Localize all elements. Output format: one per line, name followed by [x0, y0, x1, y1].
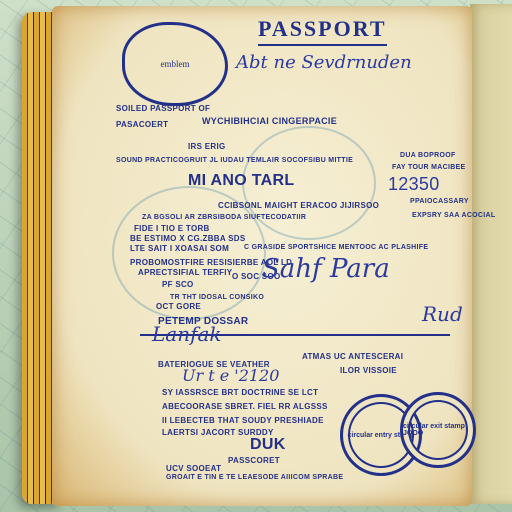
- text-line: II LEBECTEB THAT SOUDY PRESHIADE: [162, 416, 324, 425]
- right-page: [470, 4, 512, 504]
- text-line: PPAIOCASSARY: [410, 198, 469, 205]
- text-line: PASSCORET: [228, 456, 280, 465]
- handwriting: Sahf Para: [262, 254, 390, 284]
- text-line: EXPSRY SAA ACOCIAL: [412, 212, 495, 219]
- text-line: MI ANO TARL: [188, 172, 294, 190]
- text-line: DUA BOPROOF: [400, 152, 456, 159]
- text-line: TR THT IDOSAL CONSIKO: [170, 294, 264, 301]
- handwriting: Ur t e '2120: [182, 366, 279, 385]
- text-line: ZA BGSOLI AR ZBRSIBODA SIUFTECODATIIR: [142, 214, 306, 221]
- text-line: GROAIT E TIN E TE LEAESODE AIIICOM SPRAB…: [166, 474, 343, 481]
- emblem-crest: emblem: [122, 22, 228, 106]
- text-line: PF SCO: [162, 280, 194, 289]
- text-line: FAY TOUR MACIBEE: [392, 164, 466, 171]
- number-stamp: 12350: [388, 174, 440, 195]
- passport-title: PASSPORT: [258, 16, 387, 46]
- text-line: APRECTSIFIAL TERFIY: [138, 268, 232, 277]
- text-line: BE ESTIMO X CG.ZBBA SDS: [130, 234, 246, 243]
- text-line: ILOR VISSOIE: [340, 366, 397, 375]
- text-line: OCT GORE: [156, 302, 201, 311]
- text-line: UCV SOOEAT: [166, 464, 221, 473]
- handwriting: Rud: [422, 302, 463, 326]
- text-line: SOUND PRACTICOGRUIT JL IUDAU TEMLAIR SOC…: [116, 157, 353, 164]
- text-line: CCIBSONL MAIGHT ERACOO JIJIRSOO: [218, 201, 379, 210]
- text-line: C GRASIDE SPORTSHICE MENTOOC AC PLASHIFE: [244, 244, 428, 251]
- passport-book: emblem PASSPORT Abt ne Sevdrnuden SOILED…: [22, 4, 492, 510]
- signature-top: Abt ne Sevdrnuden: [236, 52, 412, 73]
- text-line: LTE SAIT I XOASAI SOM: [130, 244, 229, 253]
- text-line: DUK: [250, 436, 286, 454]
- text-line: ATMAS UC ANTESCERAI: [302, 352, 403, 361]
- text-line: FIDE I TIO E TORB: [134, 224, 210, 233]
- handwriting: Lanfak: [152, 322, 222, 346]
- text-line: SY IASSRSCE BRT DOCTRINE SE LCT: [162, 388, 318, 397]
- crest-label: emblem: [161, 59, 190, 69]
- text-line: ABECOORASE SBRET. FIEL RR ALGSSS: [162, 402, 328, 411]
- text-line: SOILED PASSPORT OF: [116, 104, 210, 113]
- text-line: PASACOERT: [116, 120, 168, 129]
- text-line: WYCHIBIHCIAI CINGERPACIE: [202, 116, 337, 126]
- circular-stamp: circular exit stamp JOOO: [400, 392, 476, 468]
- text-line: IRS ERIG: [188, 142, 226, 151]
